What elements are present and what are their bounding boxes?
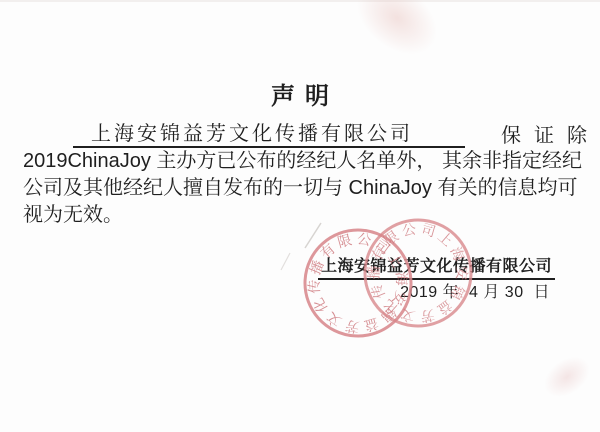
company-seal-stamps: 上海安锦益芳文化传播有限公司 上海安锦益芳文化传播有限公司 [278,214,528,374]
scan-top-edge [0,0,600,2]
statement-line-3: 公司及其他经纪人擅自发布的一切与 ChinaJoy 有关的信息均可 [23,176,578,200]
statement-line-1-tail: 保证除 [501,124,600,148]
underlined-company-blank: 上海安锦益芳文化传播有限公司 [73,122,465,148]
statement-line-4: 视为无效。 [23,203,123,227]
statement-line-2: 2019ChinaJoy 主办方已公布的经纪人名单外， 其余非指定经纪 [23,149,582,173]
company-name-fill-in: 上海安锦益芳文化传播有限公司 [91,122,413,146]
statement-line-1: 上海安锦益芳文化传播有限公司 保证除 [23,122,587,148]
pencil-mark-icon [305,223,321,248]
scan-smudge-top [343,0,451,69]
pencil-mark-small-icon [281,253,290,270]
document-title: 声明 [0,76,600,111]
scan-smudge-bottom-right [537,349,597,406]
scanned-statement-page: 声明 上海安锦益芳文化传播有限公司 保证除 2019ChinaJoy 主办方已公… [0,0,600,432]
